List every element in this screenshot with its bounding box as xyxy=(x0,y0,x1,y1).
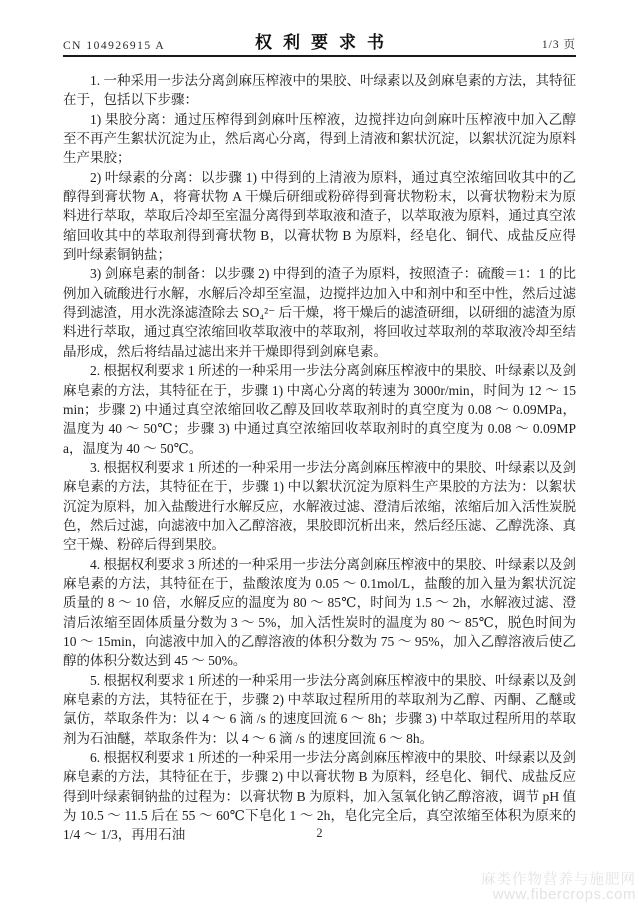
page-indicator: 1/3 页 xyxy=(542,36,576,52)
claims-body: 1. 一种采用一步法分离剑麻压榨液中的果胶、叶绿素以及剑麻皂素的方法，其特征在于… xyxy=(63,71,576,845)
claim-5: 5. 根据权利要求 1 所述的一种采用一步法分离剑麻压榨液中的果胶、叶绿素以及剑… xyxy=(63,671,576,748)
claim-2: 2. 根据权利要求 1 所述的一种采用一步法分离剑麻压榨液中的果胶、叶绿素以及剑… xyxy=(63,361,576,458)
page-header: CN 104926915 A 权利要求书 1/3 页 xyxy=(63,36,576,57)
claim-1-step-3: 3) 剑麻皂素的制备：以步骤 2) 中得到的渣子为原料，按照渣子：硫酸＝1：1 … xyxy=(63,264,576,361)
claim-1-step-2: 2) 叶绿素的分离：以步骤 1) 中得到的上清液为原料，通过真空浓缩回收其中的乙… xyxy=(63,168,576,265)
claim-1-intro: 1. 一种采用一步法分离剑麻压榨液中的果胶、叶绿素以及剑麻皂素的方法，其特征在于… xyxy=(63,71,576,110)
claim-4: 4. 根据权利要求 3 所述的一种采用一步法分离剑麻压榨液中的果胶、叶绿素以及剑… xyxy=(63,555,576,671)
document-title: 权利要求书 xyxy=(63,28,576,53)
watermark: 麻类作物营养与施肥网 www.fibercrops.com xyxy=(481,873,636,903)
watermark-site-name: 麻类作物营养与施肥网 xyxy=(481,873,636,888)
patent-claims-page: CN 104926915 A 权利要求书 1/3 页 1. 一种采用一步法分离剑… xyxy=(0,0,639,905)
page-number: 2 xyxy=(0,826,639,841)
claim-3: 3. 根据权利要求 1 所述的一种采用一步法分离剑麻压榨液中的果胶、叶绿素以及剑… xyxy=(63,458,576,555)
claim-1-step-1: 1) 果胶分离：通过压榨得到剑麻叶压榨液，边搅拌边向剑麻叶压榨液中加入乙醇至不再… xyxy=(63,110,576,168)
watermark-site-url: www.fibercrops.com xyxy=(481,887,636,902)
